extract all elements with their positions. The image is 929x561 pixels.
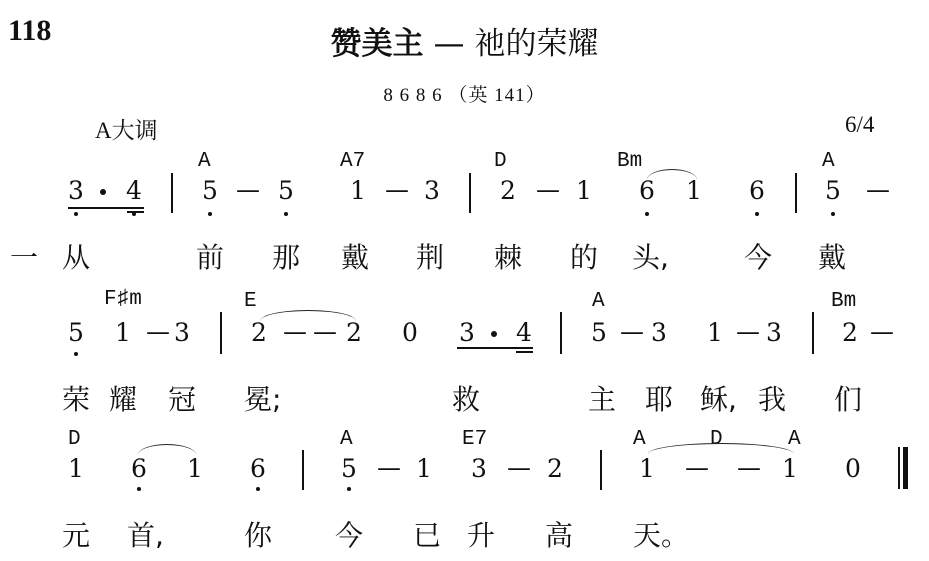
lyric: 那: [272, 236, 300, 276]
augmentation-dot: [491, 331, 497, 337]
note: 6: [129, 454, 149, 483]
low-octave-dot: [74, 352, 78, 356]
dash: —: [736, 318, 756, 346]
note: 1: [185, 454, 205, 483]
lyric: 你: [244, 514, 272, 554]
chord-symbol: A: [198, 150, 211, 173]
note: 6: [637, 176, 657, 205]
lyric: 今: [335, 514, 363, 554]
note: 5: [200, 176, 220, 205]
lyric: 头,: [632, 236, 669, 276]
note: 2: [498, 176, 518, 205]
chord-symbol: Bm: [617, 150, 642, 173]
dash: —: [377, 454, 397, 482]
lyric: 主: [588, 378, 616, 418]
dash: —: [146, 318, 166, 346]
chord-symbol: A: [788, 428, 801, 451]
title-separator: —: [434, 26, 465, 62]
note: 6: [747, 176, 767, 205]
note: 5: [339, 454, 359, 483]
lyric: 荆: [416, 236, 444, 276]
lyric: 稣,: [700, 378, 737, 418]
chord-symbol: A: [340, 428, 353, 451]
time-signature: 6/4: [845, 112, 874, 138]
barline: [302, 450, 304, 490]
lyric: 耶: [645, 378, 673, 418]
lyric: 戴: [818, 236, 846, 276]
barline: [560, 312, 562, 354]
note: 1: [705, 318, 725, 347]
note: 3: [172, 318, 192, 347]
verse-number: 一: [10, 236, 38, 276]
note: 5: [276, 176, 296, 205]
dash: —: [737, 454, 757, 482]
augmentation-dot: [100, 189, 106, 195]
dash: —: [866, 176, 886, 204]
lyric: 戴: [341, 236, 369, 276]
note: 3: [649, 318, 669, 347]
underline-eighth: [457, 347, 533, 349]
note: 2: [840, 318, 860, 347]
note: 1: [414, 454, 434, 483]
note: 0: [400, 318, 420, 347]
barline: [812, 312, 814, 354]
hymn-title: 赞美主—祂的荣耀: [0, 18, 929, 63]
final-barline-thick: [903, 447, 908, 489]
note: 4: [124, 176, 144, 205]
note: 1: [113, 318, 133, 347]
lyric: 的: [570, 236, 598, 276]
low-octave-dot: [256, 487, 260, 491]
lyric: 荣: [62, 378, 90, 418]
chord-symbol: D: [68, 428, 81, 451]
note: 3: [422, 176, 442, 205]
dash: —: [313, 318, 333, 346]
meter-info: 8 6 8 6 （英 141）: [0, 80, 929, 107]
tie: [648, 443, 794, 454]
key-signature: A大调: [95, 112, 158, 145]
note: 1: [780, 454, 800, 483]
barline: [795, 173, 797, 213]
dash: —: [620, 318, 640, 346]
note: 2: [545, 454, 565, 483]
lyric: 今: [744, 236, 772, 276]
chord-symbol: D: [494, 150, 507, 173]
note: 6: [248, 454, 268, 483]
lyric: 耀: [109, 378, 137, 418]
chord-symbol: E: [244, 290, 257, 313]
title-main: 赞美主: [331, 26, 424, 62]
low-octave-dot: [74, 212, 78, 216]
lyric: 已: [413, 514, 441, 554]
dash: —: [507, 454, 527, 482]
final-barline-thin: [898, 447, 900, 489]
chord-symbol: A: [633, 428, 646, 451]
lyric: 棘: [494, 236, 522, 276]
note: 3: [457, 318, 477, 347]
chord-symbol: A: [592, 290, 605, 313]
barline: [171, 173, 173, 213]
dash: —: [385, 176, 405, 204]
underline-eighth: [68, 207, 144, 209]
tie: [260, 310, 356, 321]
chord-symbol: F♯m: [104, 288, 142, 311]
chord-symbol: A7: [340, 150, 365, 173]
lyric: 天。: [633, 514, 689, 554]
low-octave-dot: [208, 212, 212, 216]
lyric: 们: [834, 378, 862, 418]
lyric: 我: [758, 378, 786, 418]
barline: [220, 312, 222, 354]
low-octave-dot: [347, 487, 351, 491]
lyric: 前: [196, 236, 224, 276]
note: 3: [469, 454, 489, 483]
low-octave-dot: [284, 212, 288, 216]
chord-symbol: A: [822, 150, 835, 173]
low-octave-dot: [831, 212, 835, 216]
note: 1: [66, 454, 86, 483]
dash: —: [685, 454, 705, 482]
note: 0: [843, 454, 863, 483]
chord-symbol: Bm: [831, 290, 856, 313]
lyric: 高: [545, 514, 573, 554]
note: 1: [684, 176, 704, 205]
note: 3: [66, 176, 86, 205]
note: 2: [344, 318, 364, 347]
lyric: 从: [62, 236, 90, 276]
note: 4: [514, 318, 534, 347]
note: 5: [66, 318, 86, 347]
lyric: 首,: [127, 514, 164, 554]
lyric: 升: [467, 514, 495, 554]
lyric: 冠: [168, 378, 196, 418]
low-octave-dot: [137, 487, 141, 491]
dash: —: [870, 318, 890, 346]
lyric: 元: [62, 514, 90, 554]
low-octave-dot: [132, 212, 136, 216]
barline: [600, 450, 602, 490]
note: 1: [574, 176, 594, 205]
dash: —: [236, 176, 256, 204]
dash: —: [283, 318, 303, 346]
note: 5: [589, 318, 609, 347]
note: 3: [764, 318, 784, 347]
note: 2: [249, 318, 269, 347]
barline: [469, 173, 471, 213]
underline-sixteenth: [516, 351, 533, 353]
dash: —: [536, 176, 556, 204]
low-octave-dot: [645, 212, 649, 216]
lyric: 冕;: [244, 378, 281, 418]
note: 5: [823, 176, 843, 205]
lyric: 救: [452, 378, 480, 418]
chord-symbol: E7: [462, 428, 487, 451]
low-octave-dot: [755, 212, 759, 216]
note: 1: [637, 454, 657, 483]
note: 1: [348, 176, 368, 205]
title-subtitle: 祂的荣耀: [475, 26, 599, 62]
